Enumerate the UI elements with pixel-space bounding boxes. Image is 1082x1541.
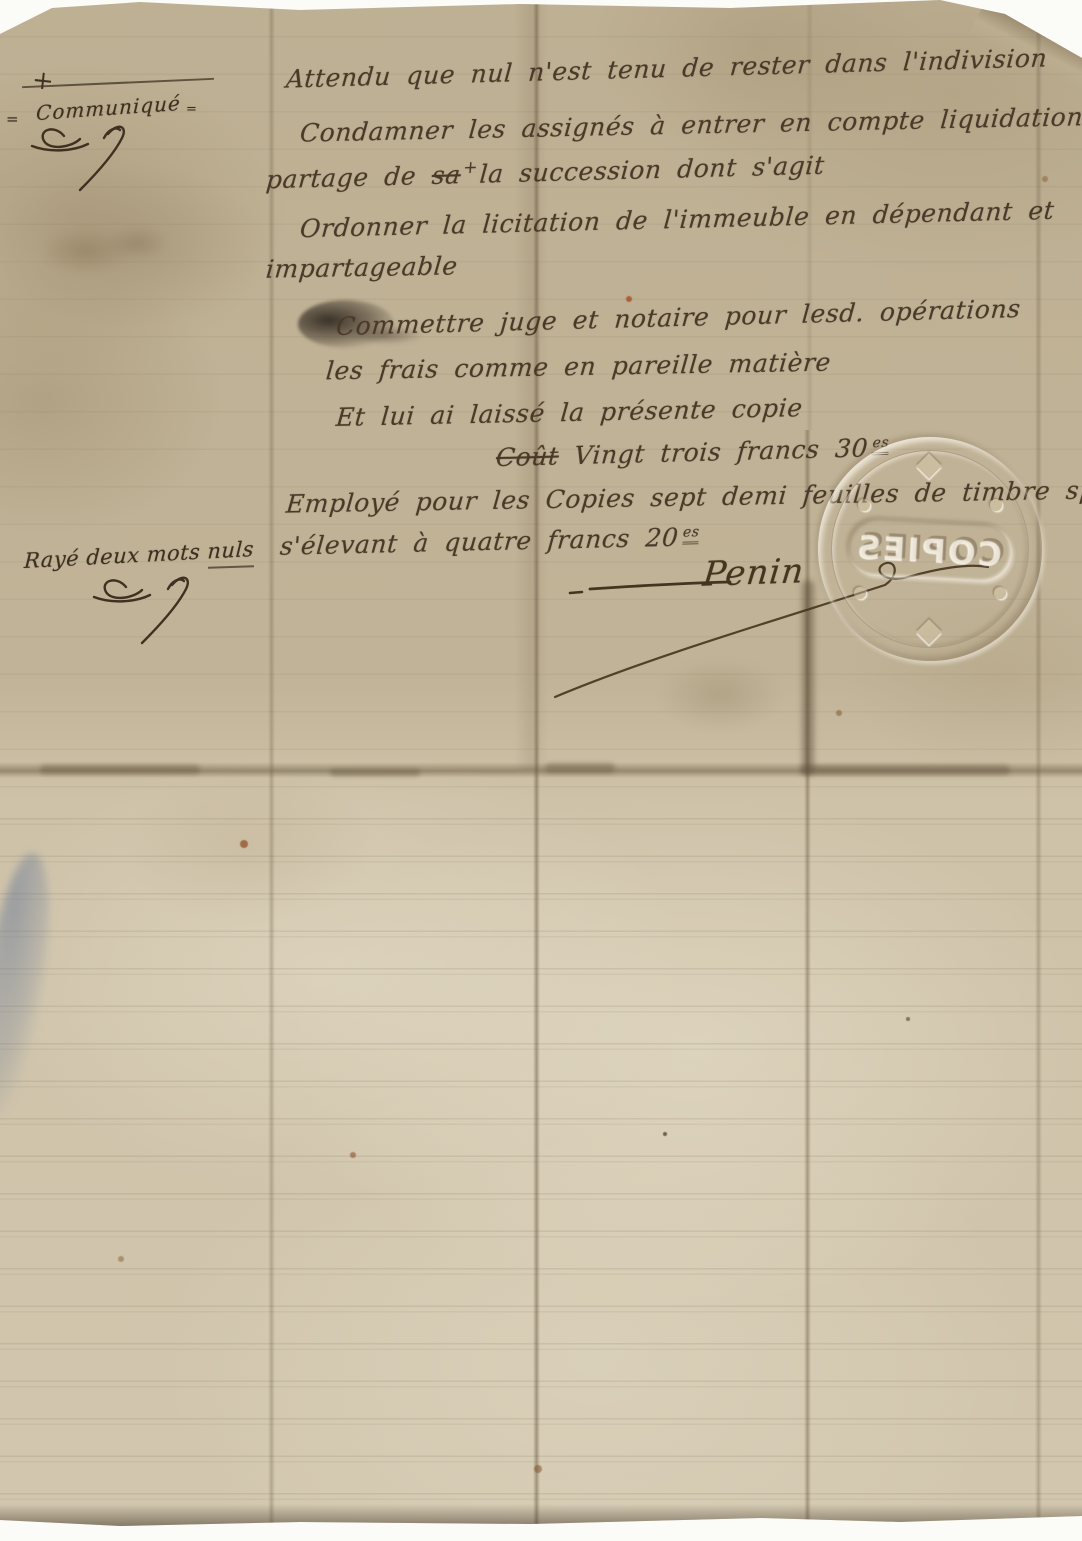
body-line-7: les frais comme en pareille matière	[325, 348, 833, 386]
line11-centimes-superscript: es	[682, 524, 700, 544]
insertion-caret: +	[463, 158, 479, 178]
ruled-lines-lower	[0, 782, 1082, 1541]
line3-pre: partage de	[265, 161, 418, 194]
signature-name: Penin	[701, 551, 806, 595]
body-line-2: Condamner les assignés à entrer en compt…	[299, 101, 1082, 147]
stamp-label-band: COPIES	[847, 517, 1014, 584]
margin-equals-right: =	[186, 102, 197, 117]
paper-bottom-edge-shadow	[0, 1504, 1082, 1526]
body-line-3: partage de sa+la succession dont s'agit	[265, 149, 826, 195]
cost-struck-word: Coût	[495, 441, 560, 472]
document-page: + = Communiqué = Rayé deux mots nuls	[0, 0, 1082, 1541]
stamp-ornament	[916, 619, 941, 644]
margin-note-tail-stroke	[208, 565, 254, 569]
body-line-8: Et lui ai laissé la présente copie	[335, 393, 804, 432]
brown-stain	[108, 226, 168, 260]
body-line-1: Attendu que nul n'est tenu de rester dan…	[285, 43, 1048, 93]
stamp-ornament	[858, 499, 870, 511]
body-line-6: Commettre juge et notaire pour lesd. opé…	[335, 294, 1022, 341]
fold-crease-vertical-far-right	[1035, 0, 1042, 1541]
stamp-ornament	[990, 499, 1002, 511]
margin-equals-left: =	[6, 110, 19, 128]
line3-struck-word: sa	[431, 160, 462, 190]
blue-pencil-smudge	[0, 849, 62, 1119]
stamp-label: COPIES	[847, 517, 1014, 584]
cost-amount: Vingt trois francs 30	[573, 433, 869, 470]
rust-spots	[0, 0, 6, 6]
stamp-ornament	[994, 587, 1006, 599]
scanner-background: + = Communiqué = Rayé deux mots nuls	[0, 0, 1082, 1541]
copies-embossed-stamp-icon: COPIES	[818, 437, 1042, 661]
line3-post: la succession dont s'agit	[479, 151, 826, 189]
stamp-ornament	[854, 587, 866, 599]
margin-cross-mark: +	[30, 65, 55, 97]
paraphe-flourish	[24, 114, 152, 192]
fold-dirt-patch	[800, 765, 1010, 775]
paraphe-flourish	[84, 563, 208, 647]
fold-dirt-patch	[40, 765, 200, 774]
fold-dirt-patch	[330, 769, 420, 776]
brown-stain	[40, 228, 130, 274]
fold-dirt-patch	[545, 763, 615, 773]
body-line-4: Ordonner la licitation de l'immeuble en …	[299, 196, 1056, 244]
body-line-5: impartageable	[265, 251, 459, 283]
fold-crease-vertical-left	[268, 0, 275, 1541]
cost-line: Coût Vingt trois francs 30es	[495, 433, 890, 472]
stamp-ornament	[916, 453, 941, 478]
